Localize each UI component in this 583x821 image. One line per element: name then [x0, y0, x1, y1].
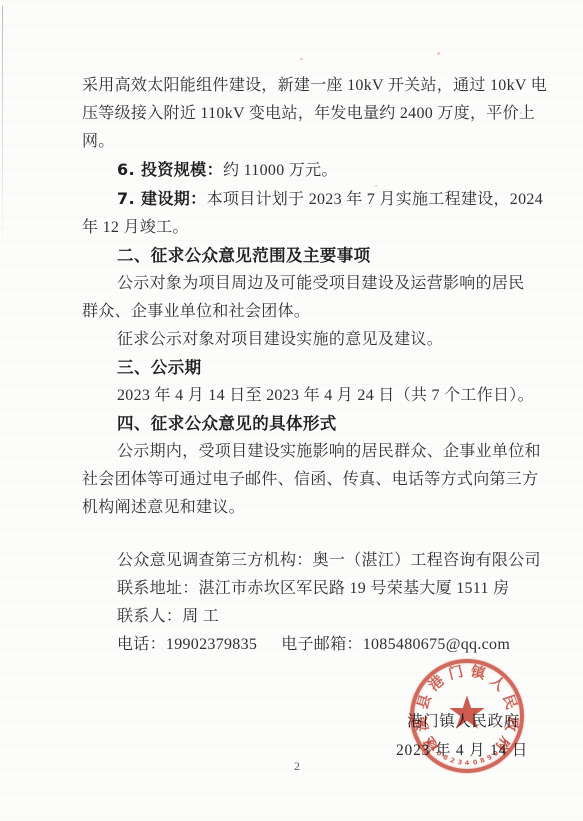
- item-6-label: 6. 投资规模：: [117, 160, 223, 179]
- star-icon: ★: [446, 689, 487, 735]
- page-number: 2: [294, 759, 301, 774]
- official-stamp: ★ 遂溪县港门镇人民政府 4408234089945: [410, 659, 524, 773]
- scan-edge-artifact: [2, 6, 3, 256]
- contact-address: 联系地址：湛江市赤坎区军民路 19 号荣基大厦 1511 房: [82, 575, 524, 603]
- item-7-text: 本项目计划于 2023 年 7 月实施工程建设，2024: [207, 191, 543, 208]
- item-7-label: 7. 建设期：: [117, 189, 207, 208]
- contact-block: 公众意见调查第三方机构：奥一（湛江）工程咨询有限公司 联系地址：湛江市赤坎区军民…: [82, 547, 524, 659]
- body-line: 采用高效太阳能组件建设，新建一座 10kV 开关站，通过 10kV 电: [82, 72, 524, 100]
- section-3-heading: 三、公示期: [82, 354, 524, 382]
- list-item-7: 7. 建设期：本项目计划于 2023 年 7 月实施工程建设，2024: [82, 185, 524, 214]
- stamp-serial-digit: 3: [455, 758, 463, 767]
- document-page: 采用高效太阳能组件建设，新建一座 10kV 开关站，通过 10kV 电 压等级接…: [0, 0, 583, 821]
- scan-speckle: [300, 58, 303, 60]
- contact-org: 公众意见调查第三方机构：奥一（湛江）工程咨询有限公司: [82, 547, 524, 575]
- body-line: 征求公示对象对项目建设实施的意见及建议。: [82, 326, 524, 354]
- body-line: 社会团体等可通过电子邮件、信函、传真、电话等方式向第三方: [82, 466, 524, 494]
- body-line: 年 12 月竣工。: [82, 214, 524, 242]
- stamp-serial-digit: 4: [464, 759, 471, 767]
- body-line: 压等级接入附近 110kV 变电站，年发电量约 2400 万度，平价上: [82, 100, 524, 128]
- contact-email: 电子邮箱：1085480675@qq.com: [281, 636, 510, 653]
- document-body: 采用高效太阳能组件建设，新建一座 10kV 开关站，通过 10kV 电 压等级接…: [82, 72, 524, 659]
- contact-person: 联系人：周 工: [82, 603, 524, 631]
- stamp-arc-char: 政: [501, 714, 520, 733]
- scan-speckle: [437, 52, 440, 55]
- section-2-heading: 二、征求公众意见范围及主要事项: [82, 242, 524, 270]
- contact-phone: 电话：19902379835: [117, 636, 257, 653]
- section-4-heading: 四、征求公众意见的具体形式: [82, 410, 524, 438]
- body-line: 2023 年 4 月 14 日至 2023 年 4 月 24 日（共 7 个工作…: [82, 382, 524, 410]
- contact-phone-email: 电话：19902379835电子邮箱：1085480675@qq.com: [82, 631, 524, 659]
- stamp-arc-char: 溪: [414, 714, 433, 733]
- body-line: 公示期内，受项目建设实施影响的居民群众、企事业单位和: [82, 438, 524, 466]
- item-6-text: 约 11000 万元。: [223, 162, 338, 179]
- body-line: 网。: [82, 128, 524, 156]
- body-line: 群众、企事业单位和社会团体。: [82, 298, 524, 326]
- list-item-6: 6. 投资规模：约 11000 万元。: [82, 156, 524, 185]
- body-line: 机构阐述意见和建议。: [82, 494, 524, 522]
- body-line: 公示对象为项目周边及可能受项目建设及运营影响的居民: [82, 270, 524, 298]
